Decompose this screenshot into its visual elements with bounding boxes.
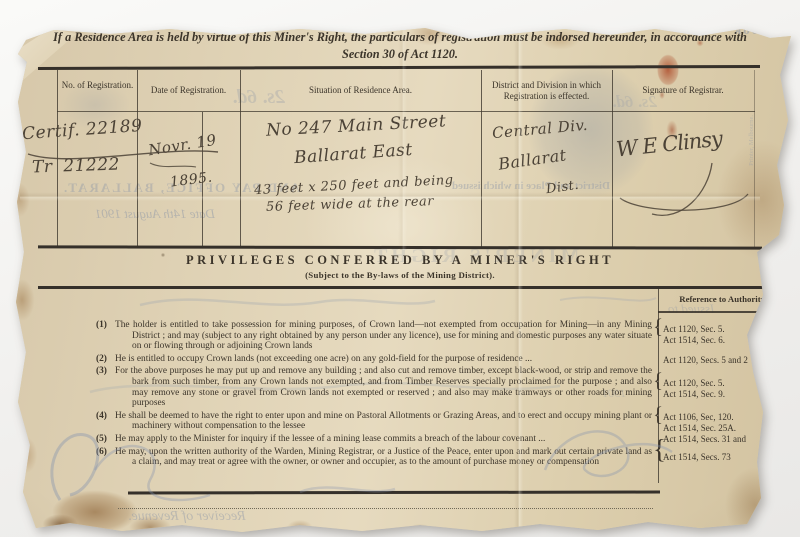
registration-notice: If a Residence Area is held by virtue of… (50, 29, 750, 63)
showthrough-script-squiggle (560, 297, 656, 300)
col-header-signature: Signature of Registrar. (614, 85, 752, 96)
brace-glyph: { (653, 375, 663, 386)
privilege-item: (3) For the above purposes he may put up… (96, 366, 652, 408)
entry-registration-no-2: Tr 21222 (32, 154, 121, 177)
col-header-date: Date of Registration. (138, 85, 239, 96)
privilege-text: The holder is entitled to take possessio… (115, 320, 652, 352)
authority-line: Act 1514, Sec. 9. (663, 389, 725, 400)
privilege-text: For the above purposes he may put up and… (115, 366, 652, 408)
showthrough-victoria: VICTORIA (318, 13, 458, 30)
entry-situation-line-4: 56 feet wide at the rear (266, 194, 434, 215)
bottom-dotted-rule (118, 508, 653, 509)
authority-line: Act 1514, Secs. 31 and (663, 434, 746, 445)
signature-flourish-stroke (620, 194, 748, 210)
authority-line: Act 1514, Sec. 6. (663, 335, 725, 346)
privilege-item: (6) He may, upon the written authority o… (96, 447, 652, 468)
table-divider-4 (612, 70, 613, 247)
showthrough-date-line: Date 14th August 1901 (95, 206, 215, 222)
privilege-item: (2) He is entitled to occupy Crown lands… (96, 354, 652, 365)
showthrough-receiver: Receiver of Revenue. (128, 509, 246, 525)
col-header-district: District and Division in which Registrat… (483, 80, 610, 101)
brace-glyph: { (653, 321, 663, 332)
paper-sheet: VICTORIA Book No. 2s. 6d. 2s. 6d. AND PA… (0, 0, 800, 537)
showthrough-district-place: District and Place in which issued (452, 180, 610, 192)
entry-situation-line-1: No 247 Main Street (266, 111, 447, 140)
top-thick-rule (38, 65, 760, 70)
privilege-number: (2) (96, 354, 107, 365)
authority-citation: Act 1514, Secs. 31 and (663, 434, 746, 445)
table-divider-3 (481, 70, 482, 247)
bottom-thick-rule (128, 491, 660, 494)
table-border-right (754, 70, 755, 247)
authority-line: Act 1514, Secs. 73 (663, 452, 731, 463)
privilege-item: (5) He may apply to the Minister for inq… (96, 434, 652, 445)
privilege-number: (6) (96, 447, 107, 458)
privileges-thick-rule (38, 286, 778, 289)
privileges-title: PRIVILEGES CONFERRED BY A MINER'S RIGHT (60, 253, 740, 268)
brace-glyph: { (653, 409, 663, 420)
privilege-text: He may, upon the written authority of th… (115, 447, 652, 468)
table-divider-1 (137, 70, 138, 247)
authority-header: Reference to Authority. (660, 294, 786, 304)
table-header-underline (57, 111, 755, 112)
blue-pencil-scribble (52, 435, 98, 500)
col-header-situation: Situation of Residence Area. (242, 85, 479, 96)
authority-citation: { Act 1514, Secs. 73 (663, 452, 731, 463)
authority-header-underline (658, 311, 788, 313)
entry-date-month: Novr. 19 (147, 131, 218, 160)
privilege-text: He shall be deemed to have the right to … (115, 411, 652, 432)
date-underline-flourish (150, 163, 196, 167)
scanned-document: VICTORIA Book No. 2s. 6d. 2s. 6d. AND PA… (0, 0, 800, 537)
showthrough-script-squiggle (140, 300, 435, 305)
col-header-registration-no: No. of Registration. (59, 80, 136, 91)
authority-line: Act 1120, Sec. 5. (663, 378, 725, 389)
privilege-text: He may apply to the Minister for inquiry… (115, 434, 652, 445)
privilege-number: (4) (96, 411, 107, 422)
privilege-item: (4) He shall be deemed to have the right… (96, 411, 652, 432)
authority-citation: { Act 1120, Sec. 5. Act 1514, Sec. 6. (663, 324, 725, 345)
table-bottom-thick-rule (38, 245, 762, 249)
authority-line: Act 1120, Sec. 5. (663, 324, 725, 335)
privileges-list: (1) The holder is entitled to take posse… (96, 320, 652, 470)
authority-citation: Act 1120, Secs. 5 and 2 (663, 355, 748, 366)
authority-citation: { Act 1120, Sec. 5. Act 1514, Sec. 9. (663, 378, 725, 399)
authority-line: Act 1106, Sec, 120. (663, 412, 736, 423)
signature-tail-stroke (652, 163, 712, 215)
privilege-number: (5) (96, 434, 107, 445)
showthrough-no: No. (698, 8, 716, 23)
privilege-number: (1) (96, 320, 107, 331)
entry-situation-line-2: Ballarat East (293, 140, 413, 168)
privilege-number: (3) (96, 366, 107, 377)
privileges-subtitle: (Subject to the By-laws of the Mining Di… (60, 270, 740, 280)
brace-glyph: { (653, 444, 666, 455)
authority-line: Act 1514, Sec. 25A. (663, 423, 736, 434)
entry-registration-no-1: Certif. 22189 (21, 116, 143, 144)
privilege-item: (1) The holder is entitled to take posse… (96, 320, 652, 352)
authority-citation: { Act 1106, Sec, 120. Act 1514, Sec. 25A… (663, 412, 736, 433)
table-divider-2 (240, 70, 241, 247)
authority-line: Act 1120, Secs. 5 and 2 (663, 355, 748, 366)
privilege-text: He is entitled to occupy Crown lands (no… (115, 354, 652, 365)
